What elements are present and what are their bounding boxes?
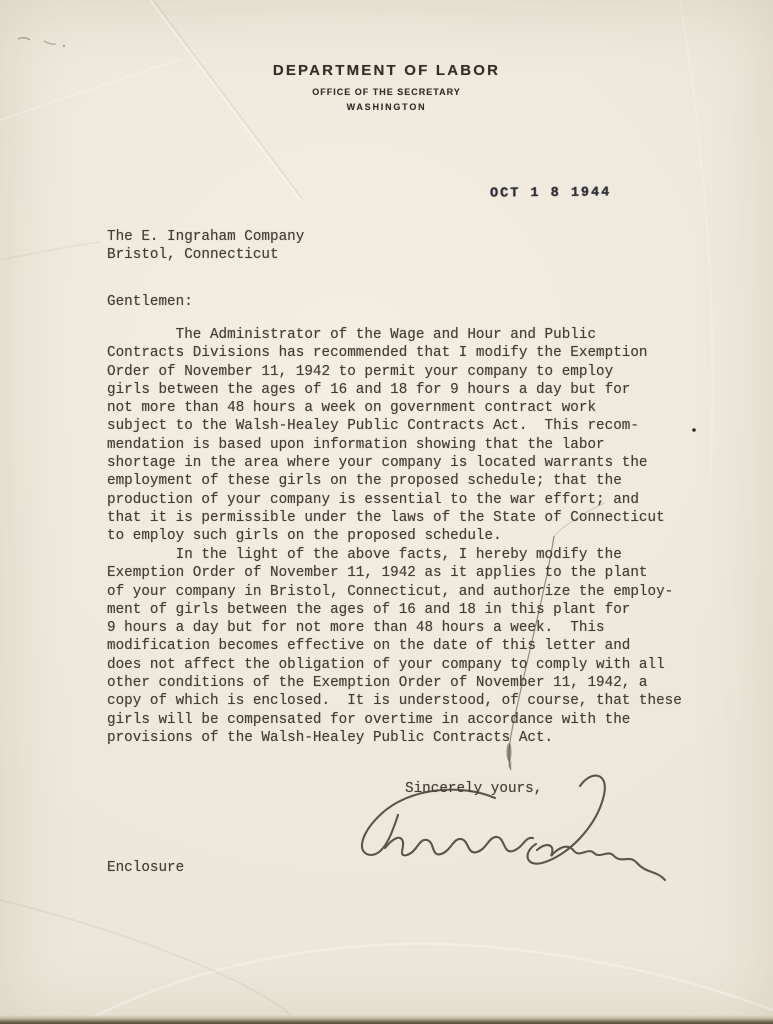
ink-speck <box>692 428 696 432</box>
letter-page: DEPARTMENT OF LABOR OFFICE OF THE SECRET… <box>0 0 773 1024</box>
letterhead-department: DEPARTMENT OF LABOR <box>0 62 773 79</box>
recipient-city: Bristol, Connecticut <box>107 247 279 263</box>
body-paragraph-1: The Administrator of the Wage and Hour a… <box>107 326 665 546</box>
letterhead-office: OFFICE OF THE SECRETARY <box>0 87 773 97</box>
date-stamp: OCT 1 8 1944 <box>490 185 611 201</box>
closing: Sincerely yours, <box>405 780 542 798</box>
enclosure-note: Enclosure <box>107 859 184 877</box>
recipient-name: The E. Ingraham Company <box>107 229 304 245</box>
recipient-address: The E. Ingraham CompanyBristol, Connecti… <box>107 228 304 265</box>
letterhead: DEPARTMENT OF LABOR OFFICE OF THE SECRET… <box>0 62 773 112</box>
scan-edge-shadow <box>0 1015 773 1024</box>
staple-mark <box>18 38 30 40</box>
body-paragraph-2: In the light of the above facts, I hereb… <box>107 546 682 747</box>
letterhead-city: WASHINGTON <box>0 102 773 112</box>
salutation: Gentlemen: <box>107 293 193 311</box>
